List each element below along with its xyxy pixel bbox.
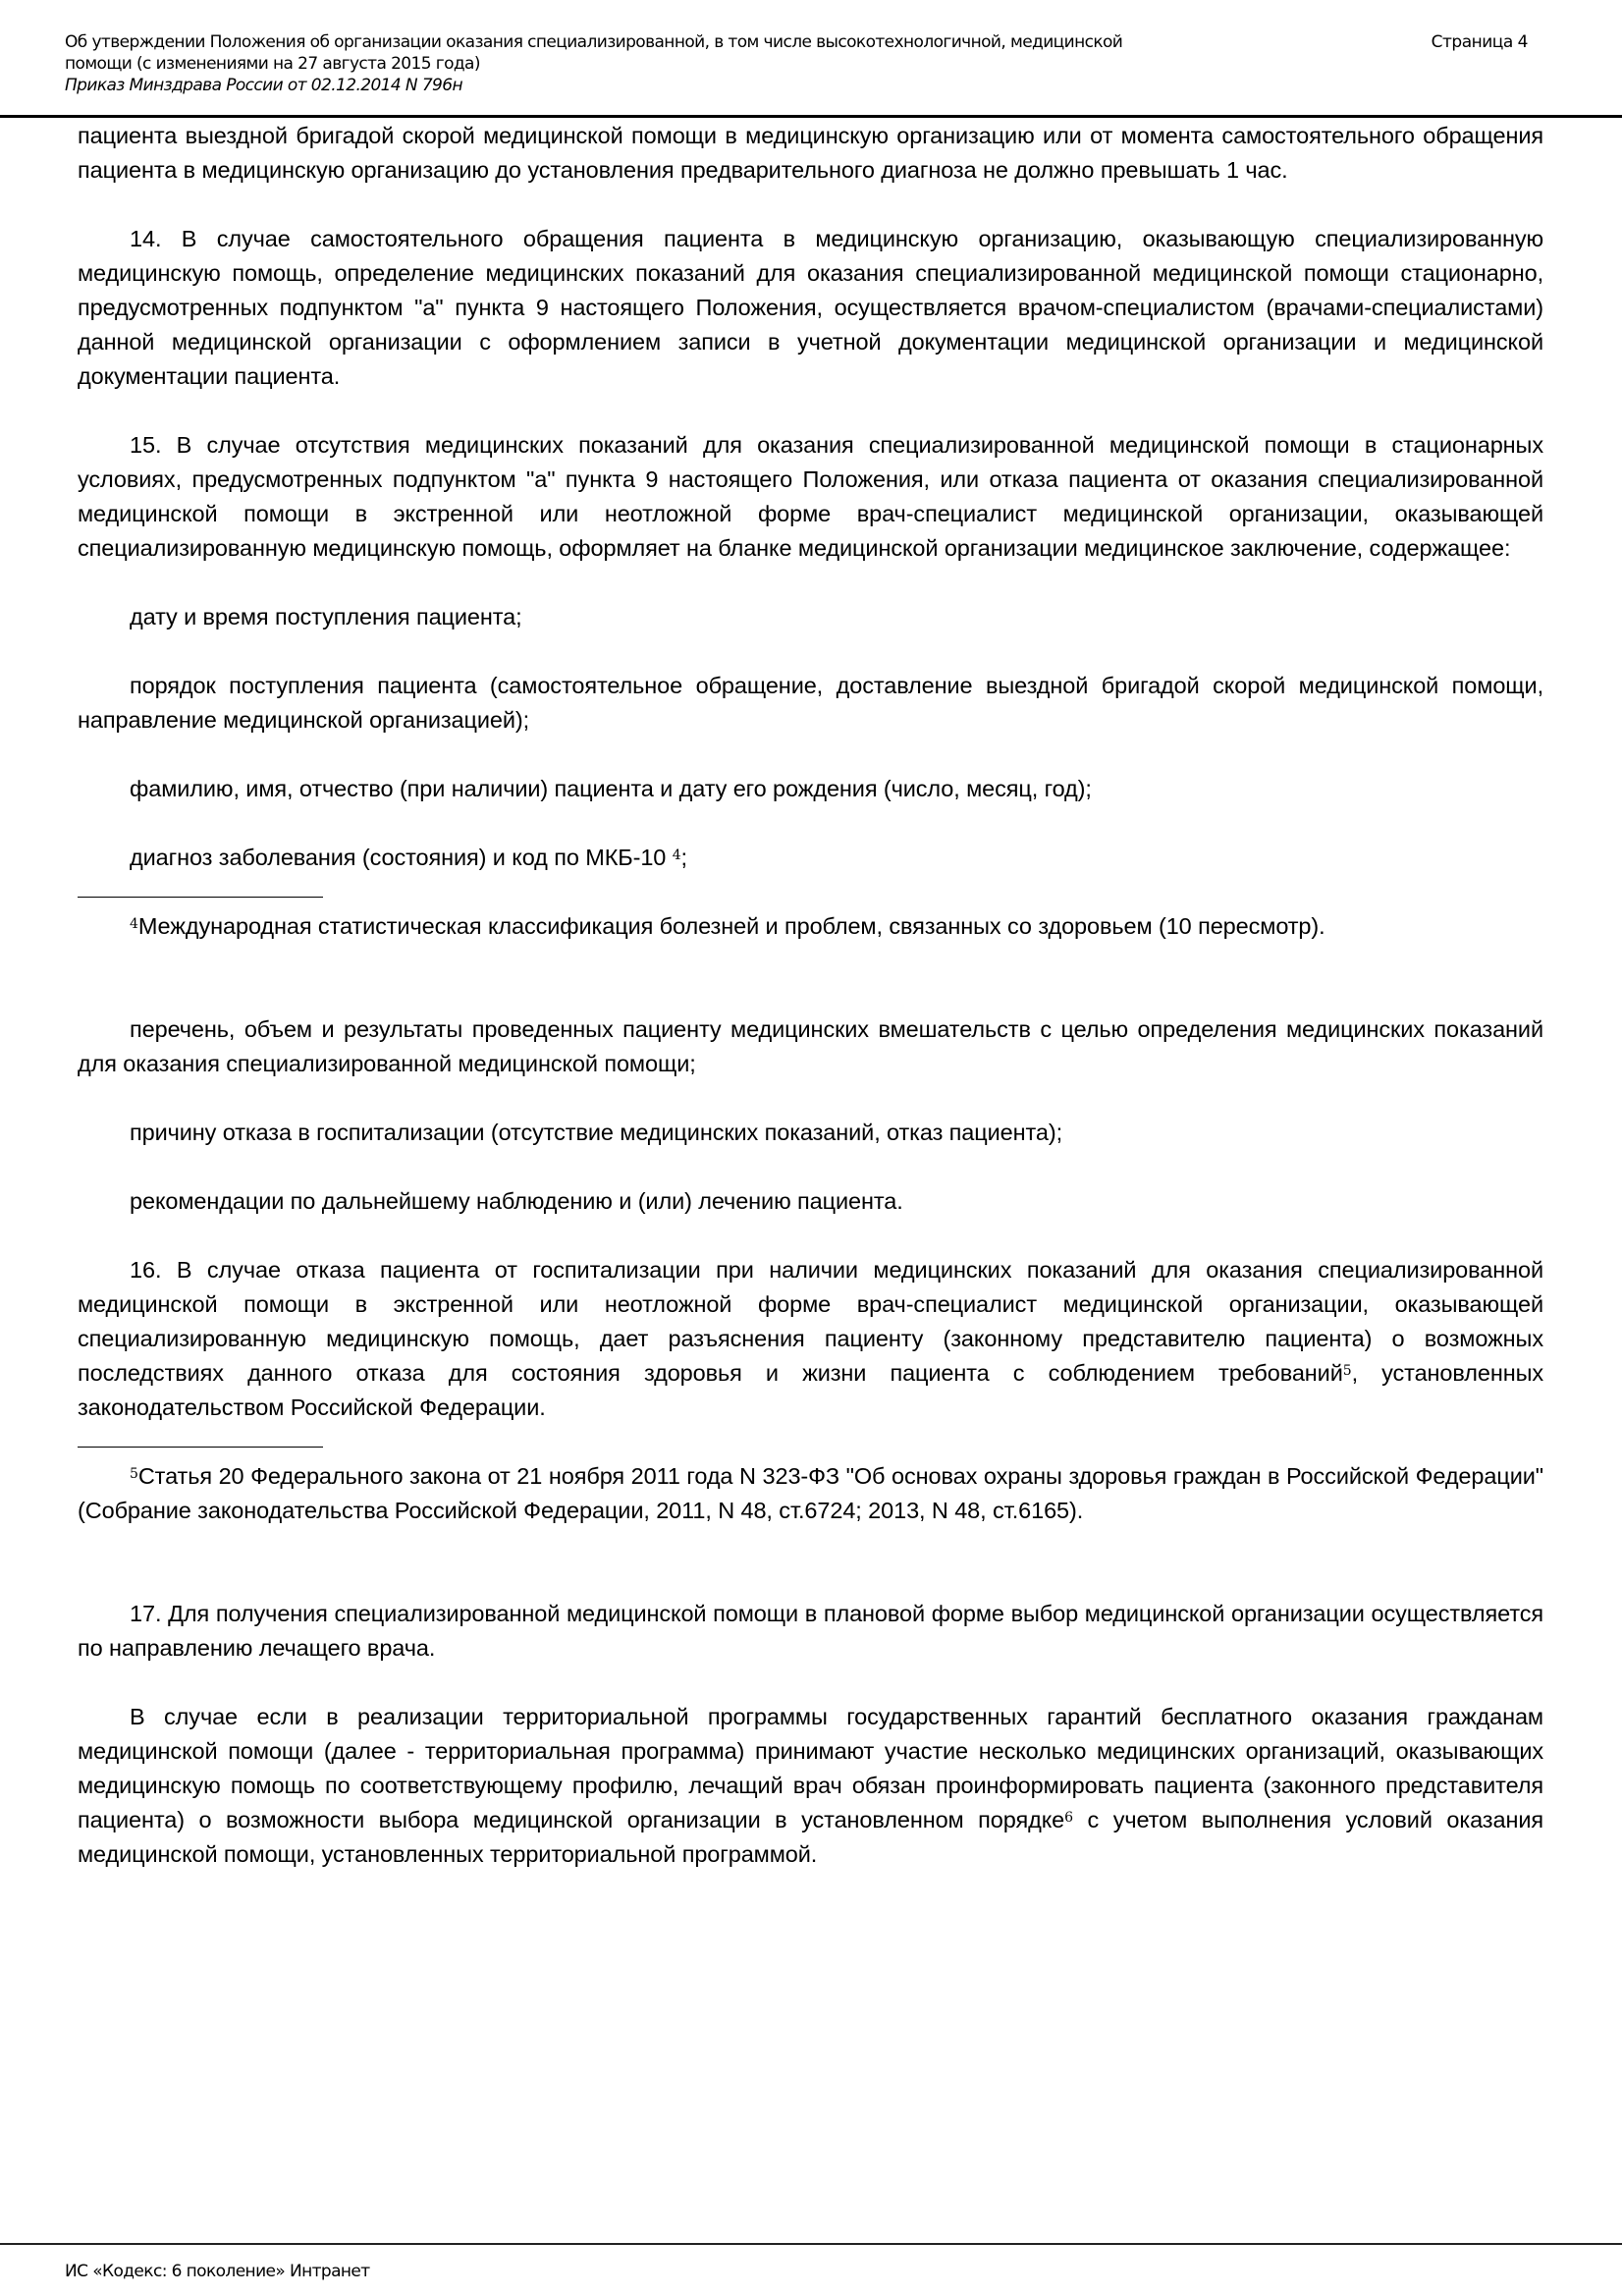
paragraph-15: 15. В случае отсутствия медицинских пока… (78, 428, 1543, 566)
footnote-ref-6[interactable]: 6 (1064, 1810, 1073, 1826)
paragraph-continued: пациента выездной бригадой скорой медици… (78, 119, 1543, 188)
order-reference: Приказ Минздрава России от 02.12.2014 N … (65, 75, 1528, 96)
footnote-mark-5: 5 (130, 1466, 138, 1482)
footnote-separator (78, 897, 323, 898)
list-item-interventions: перечень, объем и результаты проведенных… (78, 1012, 1543, 1081)
page-number: Страница 4 (1432, 31, 1528, 53)
list-item-admission-date: дату и время поступления пациента; (78, 600, 1543, 634)
footnote-ref-4[interactable]: 4 (673, 847, 681, 863)
footnote-4: 4Международная статистическая классифика… (78, 909, 1543, 944)
footnote-5: 5Статья 20 Федерального закона от 21 ноя… (78, 1459, 1543, 1528)
footnote-mark-4: 4 (130, 916, 138, 932)
footer-divider (0, 2243, 1622, 2245)
page-footer: ИС «Кодекс: 6 поколение» Интранет (65, 2262, 370, 2281)
footnote-ref-5[interactable]: 5 (1343, 1363, 1352, 1379)
header-divider (0, 115, 1622, 118)
list-item-patient-name: фамилию, имя, отчество (при наличии) пац… (78, 772, 1543, 806)
footnote-separator (78, 1447, 323, 1448)
paragraph-14: 14. В случае самостоятельного обращения … (78, 222, 1543, 394)
list-item-recommendations: рекомендации по дальнейшему наблюдению и… (78, 1184, 1543, 1219)
list-item-refusal-reason: причину отказа в госпитализации (отсутст… (78, 1116, 1543, 1150)
list-item-admission-order: порядок поступления пациента (самостояте… (78, 669, 1543, 738)
paragraph-17: 17. Для получения специализированной мед… (78, 1597, 1543, 1666)
document-title-line1: Об утверждении Положения об организации … (65, 31, 1371, 53)
paragraph-16: 16. В случае отказа пациента от госпитал… (78, 1253, 1543, 1425)
list-item-diagnosis: диагноз заболевания (состояния) и код по… (78, 841, 1543, 875)
document-body: пациента выездной бригадой скорой медици… (78, 119, 1543, 1872)
document-title-line2: помощи (с изменениями на 27 августа 2015… (65, 53, 1371, 75)
page-header: Об утверждении Положения об организации … (65, 31, 1528, 96)
paragraph-17-choice: В случае если в реализации территориальн… (78, 1700, 1543, 1872)
document-title: Об утверждении Положения об организации … (65, 31, 1371, 75)
